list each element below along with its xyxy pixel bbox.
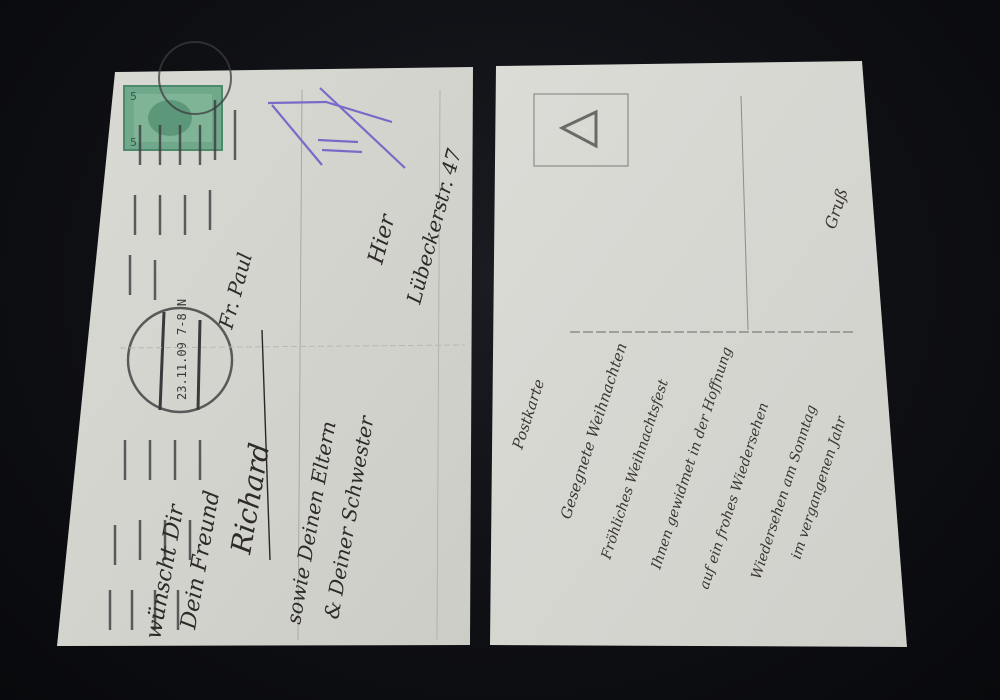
postcard-left-drawing: 5 5 23.11.09 7-8 N (0, 0, 1000, 700)
svg-text:23.11.09 7-8 N: 23.11.09 7-8 N (175, 299, 189, 400)
postage-stamp-icon: 5 5 (124, 86, 222, 150)
svg-text:5: 5 (130, 90, 137, 103)
postcard-left: 5 5 23.11.09 7-8 N (0, 0, 1000, 700)
svg-text:5: 5 (130, 136, 137, 149)
